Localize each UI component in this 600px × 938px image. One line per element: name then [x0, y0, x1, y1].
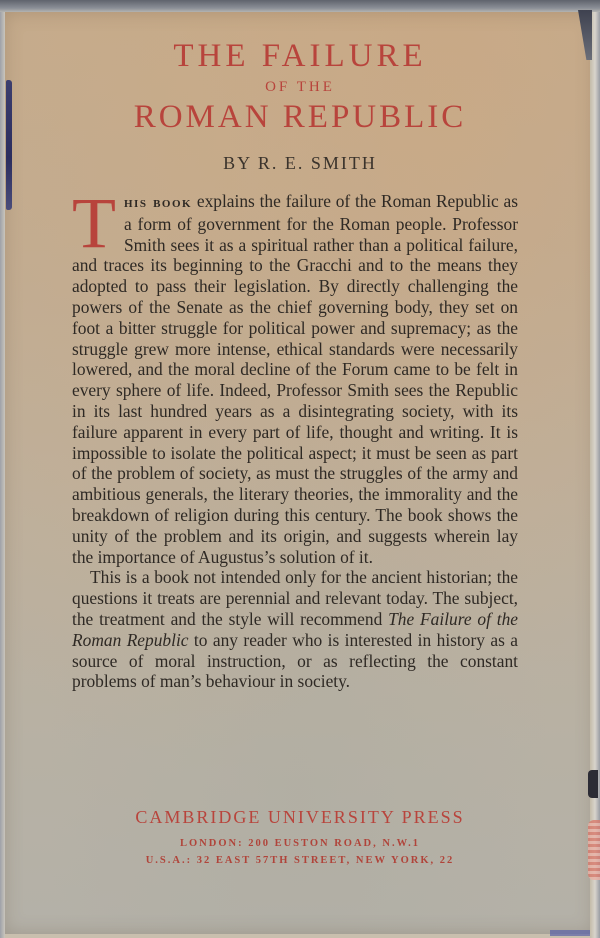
publisher-name: CAMBRIDGE UNIVERSITY PRESS: [0, 806, 600, 828]
blurb-paragraph-1: This book explains the failure of the Ro…: [72, 191, 518, 567]
title-line-1: THE FAILURE: [0, 38, 600, 74]
blurb-paragraph-1-text: explains the failure of the Roman Republ…: [72, 191, 518, 567]
blurb-paragraph-2: This is a book not intended only for the…: [72, 567, 518, 692]
blurb-text: This book explains the failure of the Ro…: [72, 191, 518, 692]
library-label-fragment: [588, 770, 598, 798]
jacket-right-edge: [590, 12, 600, 938]
publisher-address-usa: U.S.A.: 32 EAST 57TH STREET, NEW YORK, 2…: [0, 854, 600, 868]
jacket-left-edge: [0, 12, 5, 938]
blue-ink-mark: [550, 930, 590, 936]
publisher-address-london: LONDON: 200 EUSTON ROAD, N.W.1: [0, 837, 600, 851]
title-line-3: ROMAN REPUBLIC: [0, 99, 600, 135]
author-byline: BY R. E. SMITH: [0, 152, 600, 174]
title-line-2: OF THE: [0, 78, 600, 96]
blurb-lead-words: his book: [124, 195, 192, 211]
dropcap-initial: T: [72, 195, 116, 255]
